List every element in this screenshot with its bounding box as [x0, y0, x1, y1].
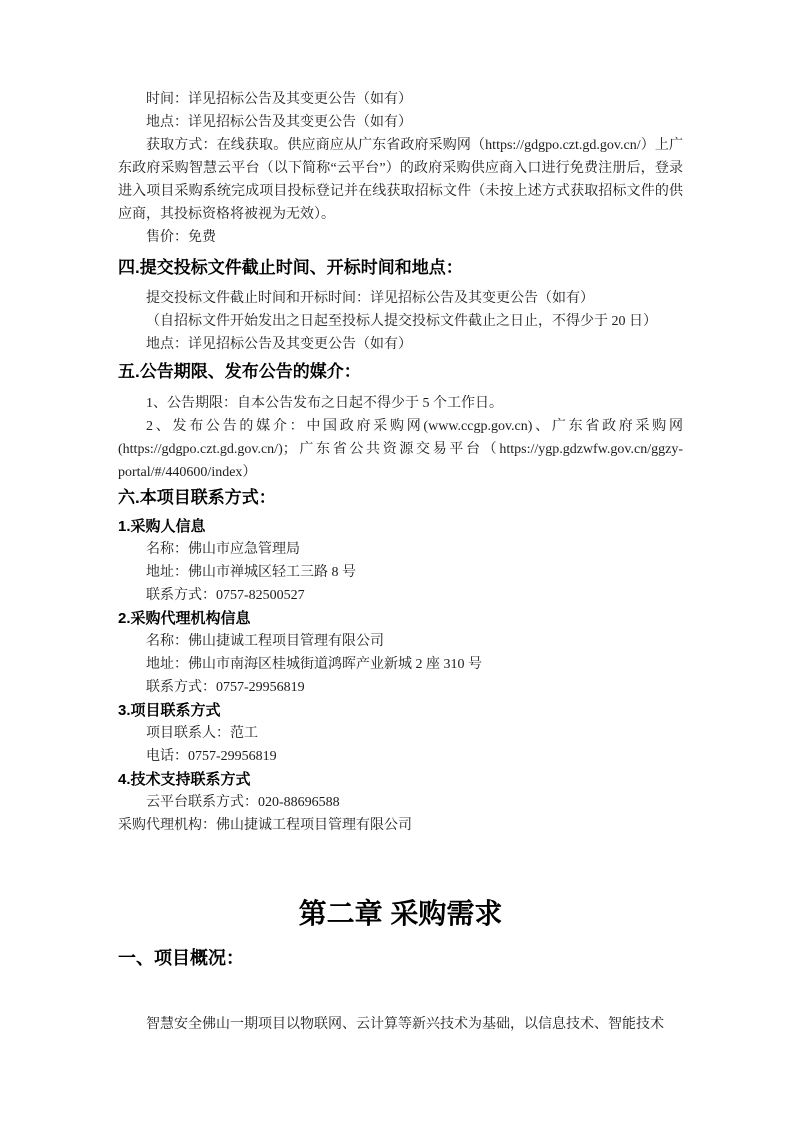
- section-six-heading: 六.本项目联系方式：: [118, 484, 683, 512]
- project-contact-person-line: 项目联系人：范工: [118, 722, 683, 745]
- project-contact-phone-line: 电话：0757-29956819: [118, 745, 683, 768]
- subsection-purchaser-info: 1.采购人信息 名称：佛山市应急管理局 地址：佛山市禅城区轻工三路 8 号 联系…: [118, 515, 683, 607]
- para-minimum-days: （自招标文件开始发出之日起至投标人提交投标文件截止之日止，不得少于 20 日）: [118, 310, 683, 333]
- para-location: 地点：详见招标公告及其变更公告（如有）: [118, 111, 683, 134]
- agency-name-line: 名称：佛山捷诚工程项目管理有限公司: [118, 630, 683, 653]
- agency-address-line: 地址：佛山市南海区桂城街道鸿晖产业新城 2 座 310 号: [118, 653, 683, 676]
- agency-info-heading: 2.采购代理机构信息: [118, 607, 683, 630]
- project-overview-heading: 一、项目概况：: [118, 944, 683, 972]
- chapter-two-title: 第二章 采购需求: [118, 896, 683, 932]
- para-announcement-media: 2、发布公告的媒介：中国政府采购网(www.ccgp.gov.cn)、广东省政府…: [118, 415, 683, 484]
- para-submission-deadline: 提交投标文件截止时间和开标时间：详见招标公告及其变更公告（如有）: [118, 287, 683, 310]
- document-page: 时间：详见招标公告及其变更公告（如有） 地点：详见招标公告及其变更公告（如有） …: [0, 0, 793, 1122]
- page-content: 时间：详见招标公告及其变更公告（如有） 地点：详见招标公告及其变更公告（如有） …: [118, 88, 683, 1036]
- purchaser-address-line: 地址：佛山市禅城区轻工三路 8 号: [118, 561, 683, 584]
- section-four-heading: 四.提交投标文件截止时间、开标时间和地点：: [118, 254, 683, 282]
- para-announcement-period: 1、公告期限：自本公告发布之日起不得少于 5 个工作日。: [118, 392, 683, 415]
- subsection-agency-info: 2.采购代理机构信息 名称：佛山捷诚工程项目管理有限公司 地址：佛山市南海区桂城…: [118, 607, 683, 699]
- para-opening-location: 地点：详见招标公告及其变更公告（如有）: [118, 333, 683, 356]
- subsection-project-contact: 3.项目联系方式 项目联系人：范工 电话：0757-29956819: [118, 699, 683, 768]
- tech-support-contact-line: 云平台联系方式：020-88696588: [118, 791, 683, 814]
- project-contact-heading: 3.项目联系方式: [118, 699, 683, 722]
- para-price: 售价：免费: [118, 226, 683, 249]
- para-acquisition-method: 获取方式：在线获取。供应商应从广东省政府采购网（https://gdgpo.cz…: [118, 134, 683, 226]
- section-five-heading: 五.公告期限、发布公告的媒介：: [118, 358, 683, 386]
- purchaser-name-line: 名称：佛山市应急管理局: [118, 538, 683, 561]
- para-time: 时间：详见招标公告及其变更公告（如有）: [118, 88, 683, 111]
- tech-support-heading: 4.技术支持联系方式: [118, 768, 683, 791]
- purchaser-info-heading: 1.采购人信息: [118, 515, 683, 538]
- project-overview-paragraph: 智慧安全佛山一期项目以物联网、云计算等新兴技术为基础，以信息技术、智能技术: [118, 1013, 683, 1036]
- agency-contact-line: 联系方式：0757-29956819: [118, 676, 683, 699]
- subsection-tech-support: 4.技术支持联系方式 云平台联系方式：020-88696588: [118, 768, 683, 814]
- agency-footer-line: 采购代理机构：佛山捷诚工程项目管理有限公司: [118, 814, 683, 837]
- purchaser-contact-line: 联系方式：0757-82500527: [118, 584, 683, 607]
